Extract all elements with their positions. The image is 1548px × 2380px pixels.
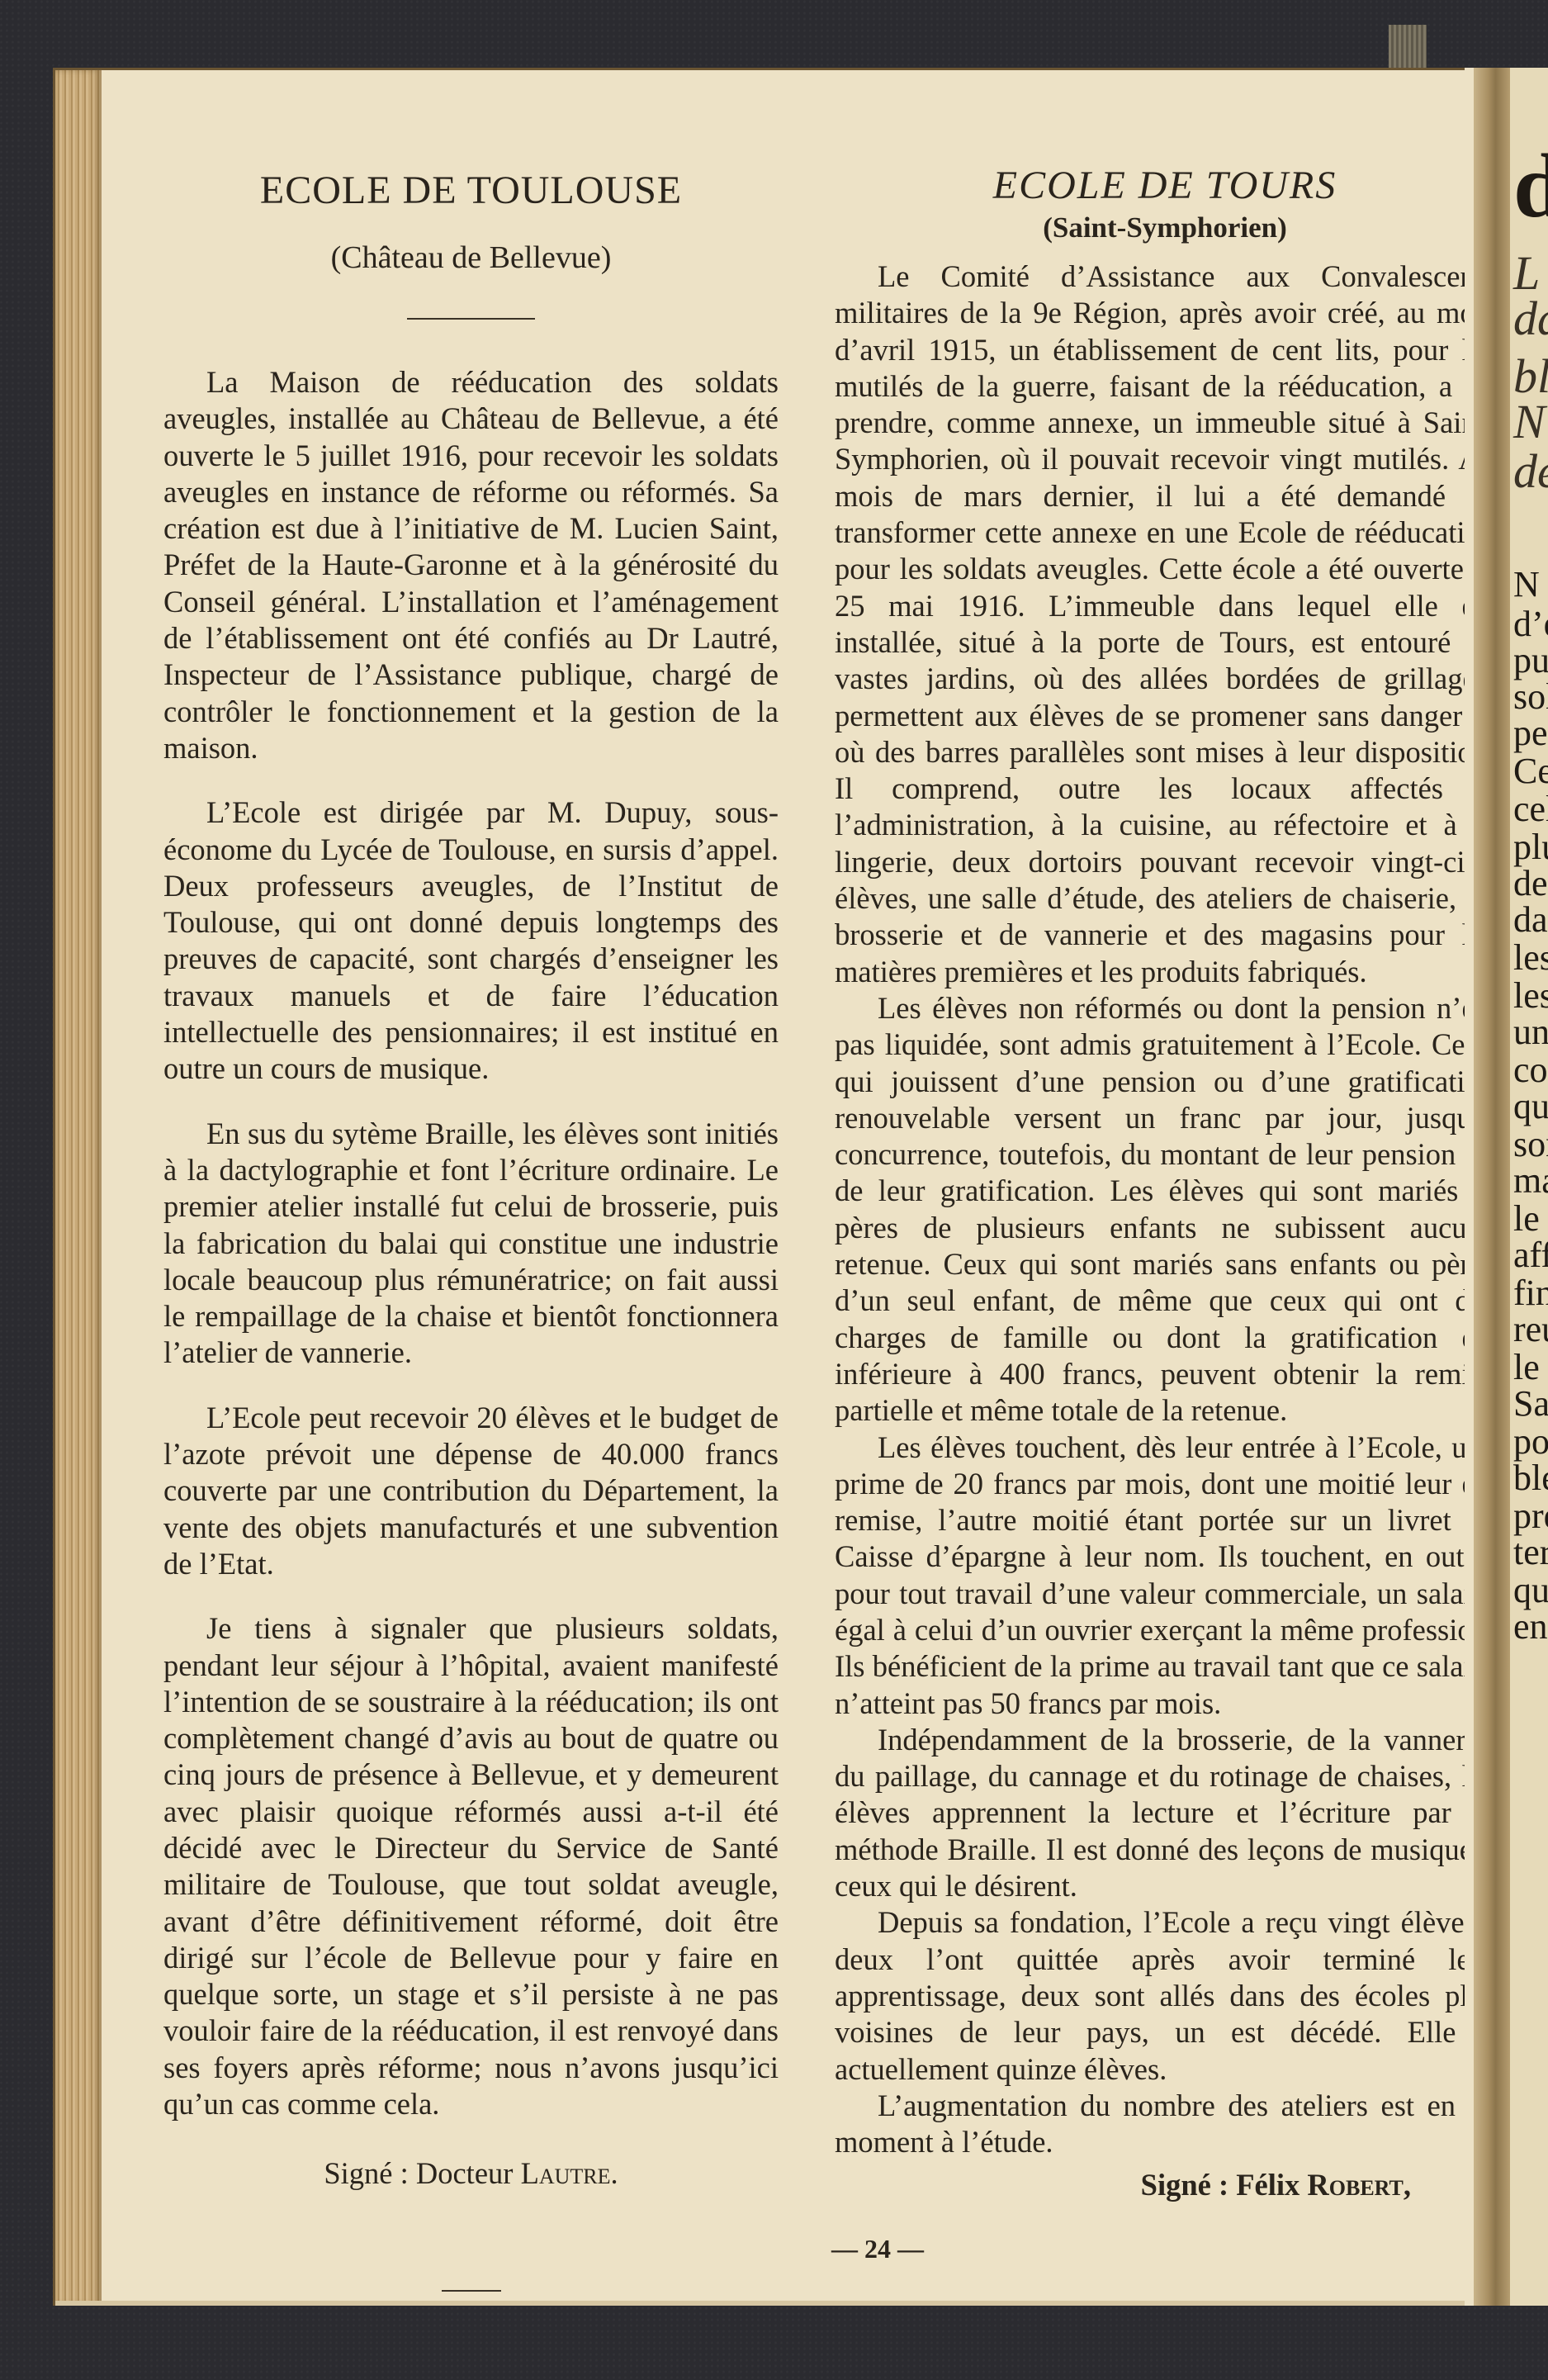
paragraph: En sus du sytème Braille, les élèves son… xyxy=(163,1116,779,1372)
article-title-tours: ECOLE DE TOURS xyxy=(835,163,1495,209)
page-bottom-edge xyxy=(55,2301,1465,2306)
facing-page-fragment: deLdanblesNde cNd’euxpu assoldapendCecel… xyxy=(1510,68,1548,2306)
page-number: — 24 — xyxy=(831,2234,924,2264)
signature-robert: Signé : Félix Robert, xyxy=(835,2167,1495,2203)
facing-page-text-fragment: Sa xyxy=(1513,1382,1548,1425)
facing-page-text-fragment: ble. xyxy=(1513,1457,1548,1499)
signature-prefix: Signé : Félix xyxy=(1141,2168,1308,2202)
book-page: ECOLE DE TOULOUSE (Château de Bellevue) … xyxy=(53,68,1465,2306)
paragraph: Depuis sa fondation, l’Ecole a reçu ving… xyxy=(835,1904,1495,2087)
facing-page-text-fragment: N xyxy=(1513,563,1540,605)
paragraph: Les élèves touchent, dès leur entrée à l… xyxy=(835,1429,1495,1722)
signature-name: Robert, xyxy=(1307,2168,1411,2202)
facing-page-text-fragment: pend xyxy=(1513,712,1548,754)
facing-page-text-fragment: terrib xyxy=(1513,1531,1548,1573)
book-gutter-shadow xyxy=(1474,68,1510,2306)
facing-page-text-fragment: de xyxy=(1513,134,1548,239)
facing-page-text-fragment: affair xyxy=(1513,1234,1548,1276)
article-title-toulouse: ECOLE DE TOULOUSE xyxy=(163,168,779,214)
paragraph: L’Ecole peut recevoir 20 élèves et le bu… xyxy=(163,1400,779,1582)
facing-page-text-fragment: de c xyxy=(1513,443,1548,499)
article-subtitle-bellevue: (Château de Bellevue) xyxy=(163,239,779,277)
facing-page-text-fragment: N xyxy=(1513,394,1546,449)
bookmark-ribbon xyxy=(1389,25,1427,68)
signature-name: Lautre. xyxy=(521,2156,618,2190)
paragraph: L’augmentation du nombre des ateliers es… xyxy=(835,2088,1495,2161)
paragraph: La Maison de rééducation des soldats ave… xyxy=(163,364,779,766)
paragraph: Le Comité d’Assistance aux Convalescents… xyxy=(835,258,1495,990)
page-stack-edge xyxy=(55,70,102,2306)
left-column-article: ECOLE DE TOULOUSE (Château de Bellevue) … xyxy=(163,168,779,2292)
facing-page-text-fragment: une xyxy=(1513,1011,1548,1053)
facing-page-text-fragment: dan xyxy=(1513,291,1548,346)
facing-page-text-fragment: les g xyxy=(1513,936,1548,979)
article-subtitle-saint-symphorien: (Saint-Symphorien) xyxy=(835,209,1495,247)
paragraph: Je tiens à signaler que plusieurs soldat… xyxy=(163,1610,779,2122)
page-edge-right xyxy=(1465,68,1474,2306)
signature-prefix: Signé : Docteur xyxy=(324,2156,520,2190)
section-divider xyxy=(407,318,535,320)
paragraph: Les élèves non réformés ou dont la pensi… xyxy=(835,990,1495,1429)
facing-page-text-fragment: celles xyxy=(1513,788,1548,830)
facing-page-text-fragment: Ce xyxy=(1513,750,1548,792)
facing-page-text-fragment: dans xyxy=(1513,898,1548,941)
end-divider xyxy=(442,2290,501,2292)
paragraph: Indépendamment de la brosserie, de la va… xyxy=(835,1722,1495,1904)
facing-page-text-fragment: qui r xyxy=(1513,1085,1548,1127)
facing-page-text-fragment: mais xyxy=(1513,1159,1548,1202)
paragraph: L’Ecole est dirigée par M. Dupuy, sous-é… xyxy=(163,794,779,1087)
signature-lautre: Signé : Docteur Lautre. xyxy=(163,2155,779,2192)
facing-page-text-fragment: enfan xyxy=(1513,1605,1548,1648)
facing-page-text-fragment: reuse xyxy=(1513,1308,1548,1350)
right-column-article: ECOLE DE TOURS (Saint-Symphorien) Le Com… xyxy=(835,163,1495,2244)
